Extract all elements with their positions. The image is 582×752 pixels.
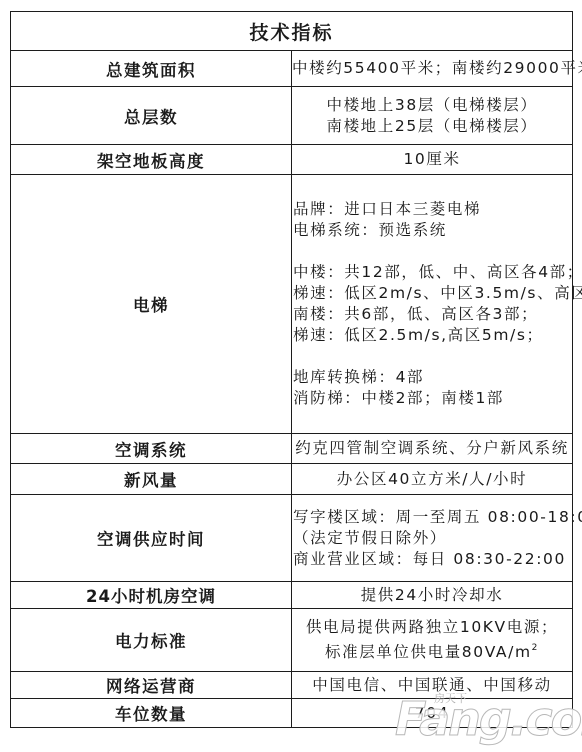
superscript: 2 [532, 643, 539, 653]
table-row: 空调供应时间 写字楼区域：周一至周五 08:00-18:00 （法定节假日除外）… [11, 495, 573, 582]
value-line: 中楼约55400平米；南楼约29000平米 [292, 58, 572, 79]
value-line: 品牌：进口日本三菱电梯 [293, 199, 572, 220]
row-value-total-area: 中楼约55400平米；南楼约29000平米 [292, 51, 573, 87]
row-value-power: 供电局提供两路独立10KV电源； 标准层单位供电量80VA/m2 [292, 609, 573, 672]
value-line: 梯速：低区2m/s、中区3.5m/s、高区5m/s； [293, 283, 572, 304]
row-value-parking: 704 [292, 699, 573, 728]
value-line: 消防梯：中楼2部；南楼1部 [293, 388, 572, 409]
table-row: 总层数 中楼地上38层（电梯楼层） 南楼地上25层（电梯楼层） [11, 87, 573, 145]
value-line: 供电局提供两路独立10KV电源； [292, 617, 572, 638]
value-line: 写字楼区域：周一至周五 08:00-18:00 [293, 507, 572, 528]
row-value-fresh-air: 办公区40立方米/人/小时 [292, 464, 573, 495]
table-title: 技术指标 [11, 12, 573, 51]
value-line: 标准层单位供电量80VA/m2 [292, 638, 572, 663]
table-title-row: 技术指标 [11, 12, 573, 51]
value-line: 南楼：共6部，低、高区各3部； [293, 304, 572, 325]
value-line: 中楼：共12部，低、中、高区各4部； [293, 262, 572, 283]
value-line: 约克四管制空调系统、分户新风系统 [292, 438, 572, 459]
table-row: 网络运营商 中国电信、中国联通、中国移动 [11, 672, 573, 699]
value-line: 提供24小时冷却水 [292, 585, 572, 606]
row-value-elevator: 品牌：进口日本三菱电梯 电梯系统：预选系统 中楼：共12部，低、中、高区各4部；… [292, 175, 573, 434]
table-row: 架空地板高度 10厘米 [11, 145, 573, 175]
value-line: （法定节假日除外） [293, 528, 572, 549]
table-row: 车位数量 704 [11, 699, 573, 728]
value-line: 10厘米 [292, 149, 572, 170]
row-label-24h-ac: 24小时机房空调 [11, 582, 292, 609]
table-row: 新风量 办公区40立方米/人/小时 [11, 464, 573, 495]
tech-spec-table: 技术指标 总建筑面积 中楼约55400平米；南楼约29000平米 总层数 中楼地… [10, 11, 573, 728]
row-value-raised-floor: 10厘米 [292, 145, 573, 175]
table-row: 电梯 品牌：进口日本三菱电梯 电梯系统：预选系统 中楼：共12部，低、中、高区各… [11, 175, 573, 434]
table-row: 电力标准 供电局提供两路独立10KV电源； 标准层单位供电量80VA/m2 [11, 609, 573, 672]
value-line: 电梯系统：预选系统 [293, 220, 572, 241]
row-label-ac-hours: 空调供应时间 [11, 495, 292, 582]
table-row: 总建筑面积 中楼约55400平米；南楼约29000平米 [11, 51, 573, 87]
row-label-hvac: 空调系统 [11, 434, 292, 464]
value-text: 标准层单位供电量80VA/m [325, 643, 532, 661]
row-value-floors: 中楼地上38层（电梯楼层） 南楼地上25层（电梯楼层） [292, 87, 573, 145]
row-label-floors: 总层数 [11, 87, 292, 145]
table-row: 空调系统 约克四管制空调系统、分户新风系统 [11, 434, 573, 464]
value-line: 地库转换梯：4部 [293, 367, 572, 388]
spacer [293, 346, 572, 367]
row-label-network: 网络运营商 [11, 672, 292, 699]
value-line: 梯速：低区2.5m/s,高区5m/s； [293, 325, 572, 346]
value-line: 商业营业区域：每日 08:30-22:00 [293, 549, 572, 570]
value-line: 704 [292, 703, 572, 724]
row-value-hvac: 约克四管制空调系统、分户新风系统 [292, 434, 573, 464]
row-label-raised-floor: 架空地板高度 [11, 145, 292, 175]
row-label-total-area: 总建筑面积 [11, 51, 292, 87]
spacer [293, 241, 572, 262]
value-line: 中楼地上38层（电梯楼层） [292, 95, 572, 116]
value-line: 办公区40立方米/人/小时 [292, 469, 572, 490]
row-value-network: 中国电信、中国联通、中国移动 [292, 672, 573, 699]
row-label-parking: 车位数量 [11, 699, 292, 728]
value-line: 南楼地上25层（电梯楼层） [292, 116, 572, 137]
value-line: 中国电信、中国联通、中国移动 [292, 675, 572, 696]
row-value-24h-ac: 提供24小时冷却水 [292, 582, 573, 609]
table-row: 24小时机房空调 提供24小时冷却水 [11, 582, 573, 609]
watermark-sub: 房天下 [434, 690, 467, 706]
row-value-ac-hours: 写字楼区域：周一至周五 08:00-18:00 （法定节假日除外） 商业营业区域… [292, 495, 573, 582]
row-label-elevator: 电梯 [11, 175, 292, 434]
row-label-fresh-air: 新风量 [11, 464, 292, 495]
row-label-power: 电力标准 [11, 609, 292, 672]
